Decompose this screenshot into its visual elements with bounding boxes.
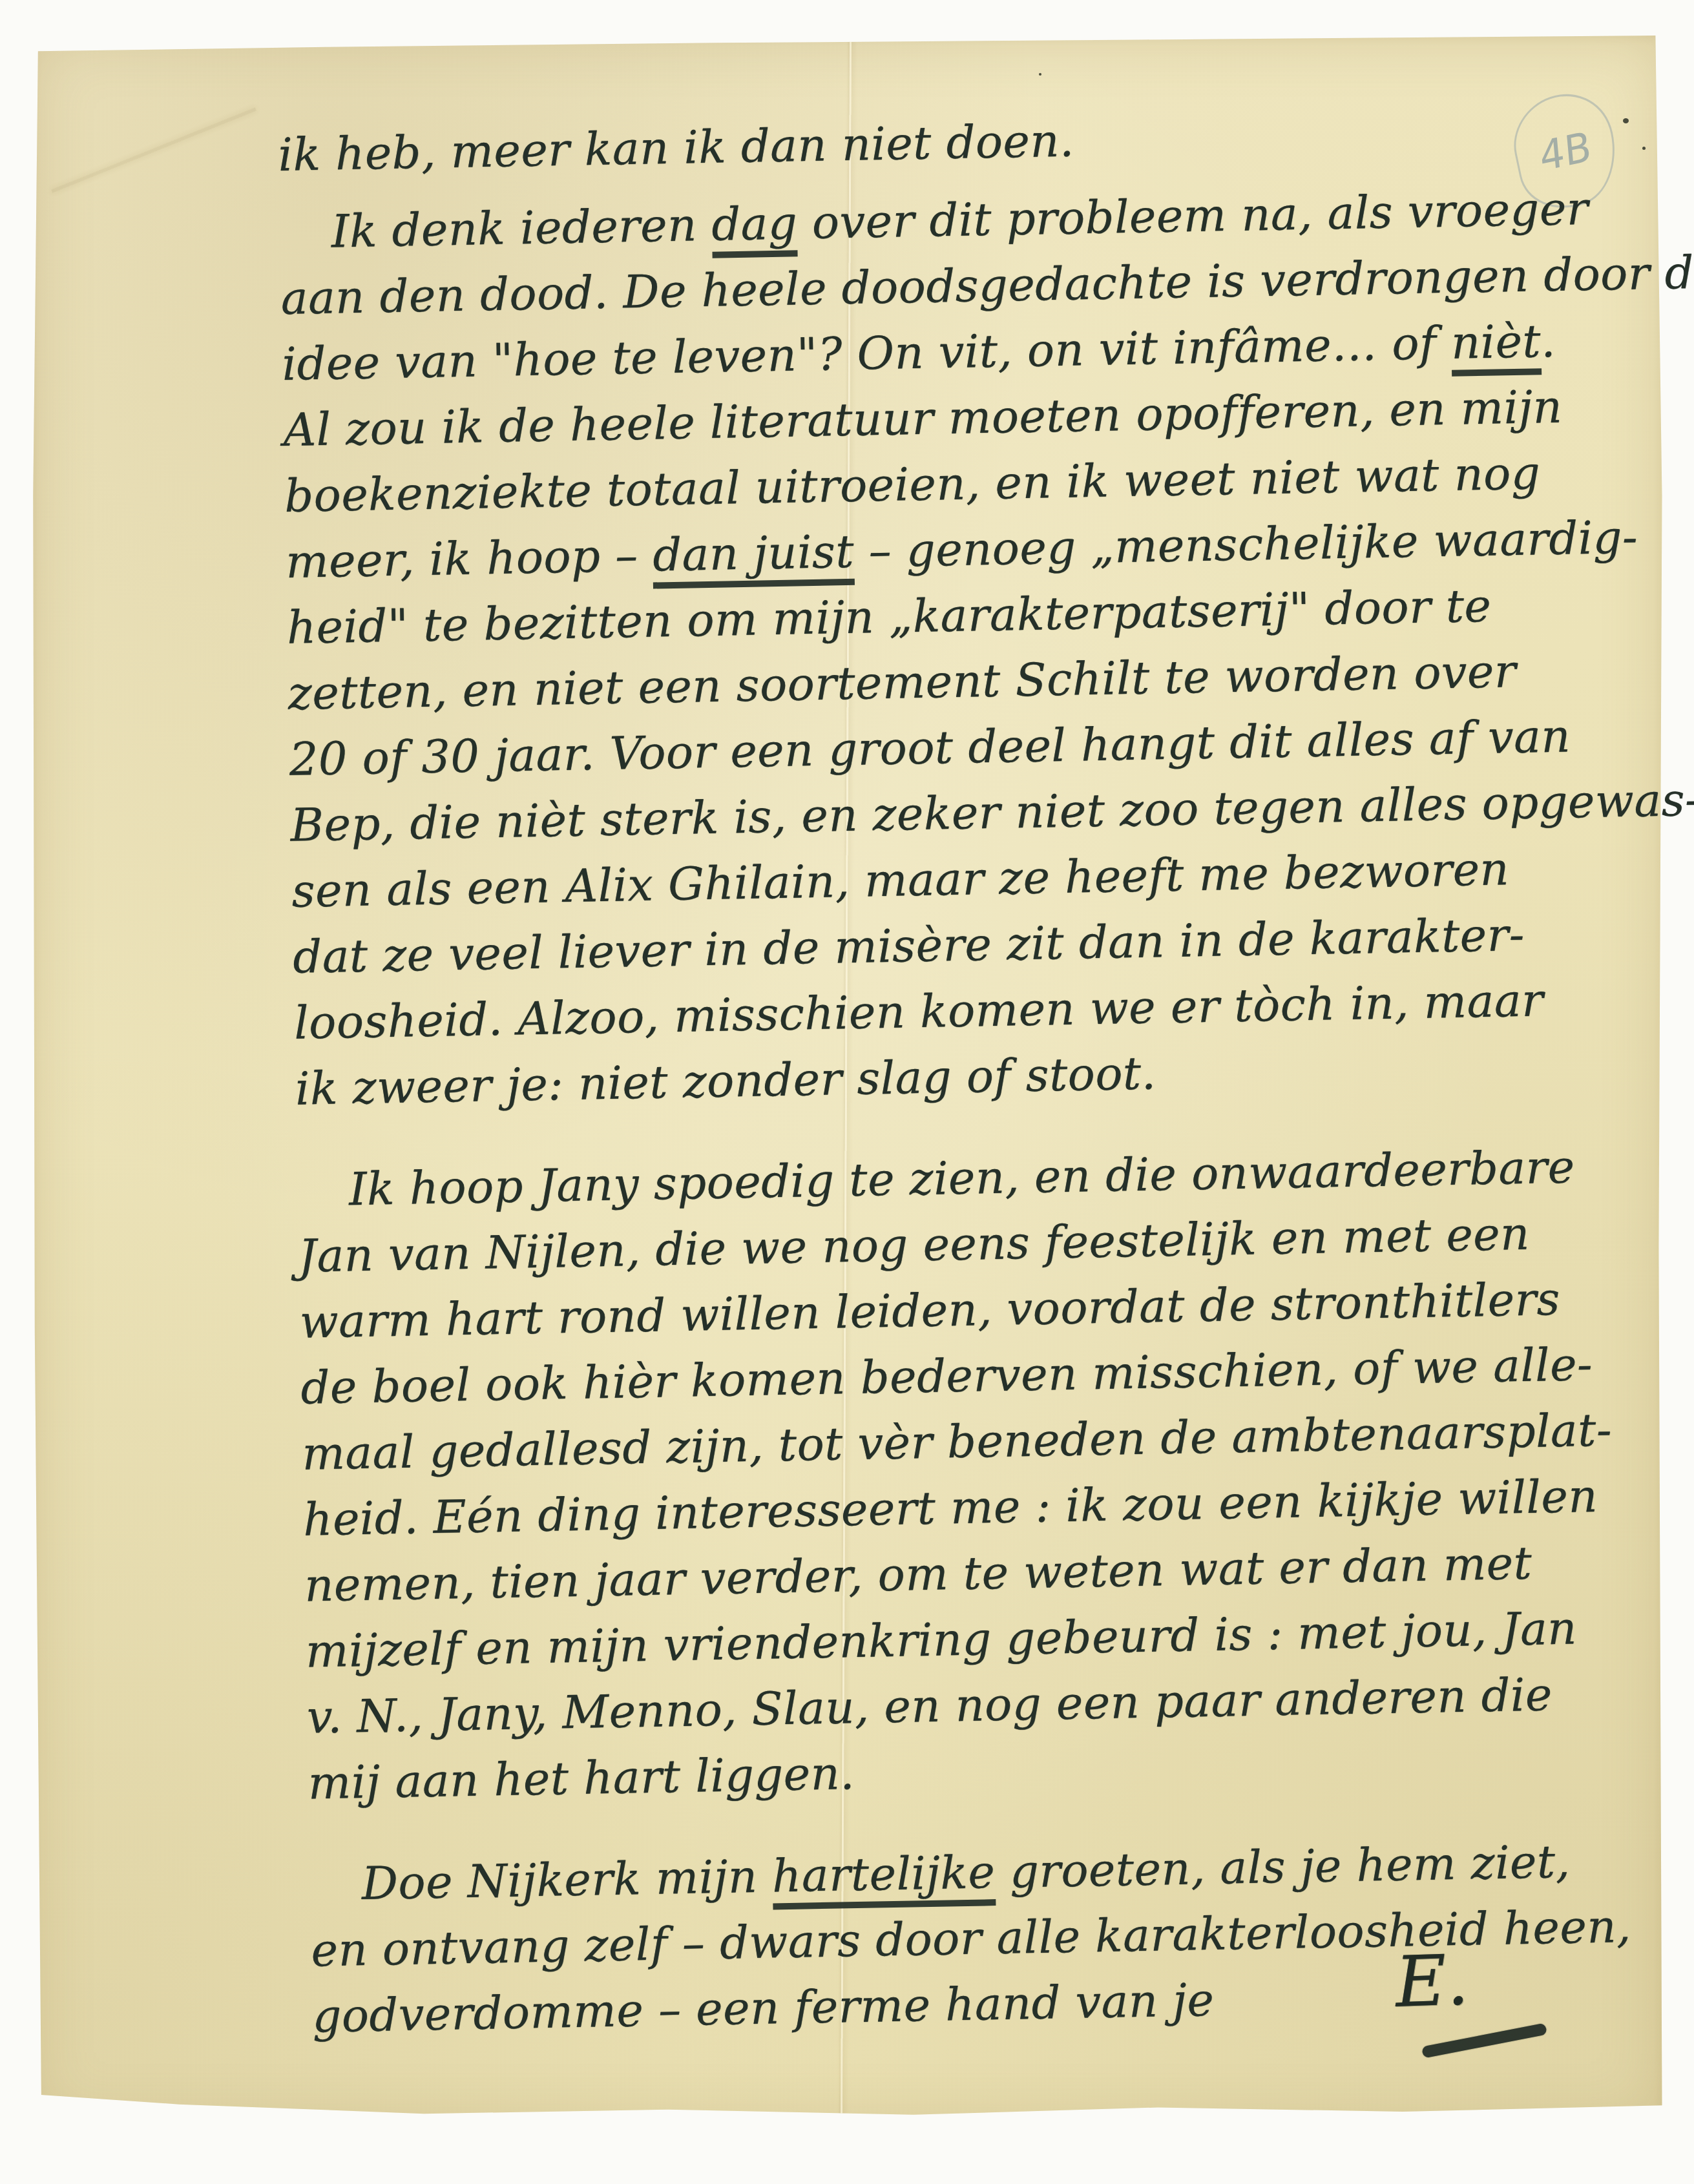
corner-crease (51, 107, 256, 192)
letter-line: warm hart rond willen leiden, voordat de… (299, 1276, 1560, 1345)
letter-line: Ik hoop Jany spoedig te zien, en die onw… (297, 1144, 1575, 1212)
letter-line: dat ze veel liever in de misère zit dan … (293, 912, 1525, 980)
ink-speck (1039, 73, 1041, 76)
letter-line: meer, ik hoop – dan juist – genoeg „mens… (286, 515, 1638, 585)
letter-line: maal gedallesd zijn, tot vèr beneden de … (302, 1408, 1613, 1477)
letter-line: v. N., Jany, Menno, Slau, en nog een paa… (306, 1672, 1553, 1740)
underlined-word: nièt (1450, 315, 1542, 377)
line-text: groeten, als je hem ziet, (995, 1835, 1571, 1898)
letter-line: aan den dood. De heele doodsgedachte is … (280, 249, 1694, 321)
ink-speck (1642, 147, 1646, 150)
letter-line: boekenziekte totaal uitroeien, en ik wee… (284, 450, 1541, 519)
line-text: meer, ik hoop – (285, 528, 653, 588)
letter-line: heid. Eén ding interesseert me : ik zou … (303, 1473, 1598, 1543)
letter-line: idee van "hoe te leven"? On vit, on vit … (282, 318, 1556, 387)
line-text: . (1540, 315, 1556, 368)
line-text: Doe Nijkerk mijn (361, 1849, 773, 1910)
signature: E. (1394, 1940, 1470, 2023)
letter-line: loosheid. Alzoo, misschien komen we er t… (294, 977, 1544, 1045)
line-text: idee van "hoe te leven"? On vit, on vit … (282, 317, 1452, 391)
letter-line: Ik denk iederen dag over dit probleem na… (279, 186, 1589, 255)
letter-line: de boel ook hièr komen bederven misschie… (300, 1342, 1593, 1411)
letter-line: Al zou ik de heele literatuur moeten opo… (283, 384, 1563, 453)
ink-speck (1659, 196, 1663, 200)
letter-line: ik heb, meer kan ik dan niet doen. (278, 118, 1074, 178)
letter-line: ik zweer je: niet zonder slag of stoot. (295, 1050, 1156, 1111)
underlined-word: hartelijke (771, 1846, 996, 1909)
letter-line: 20 of 30 jaar. Voor een groot deel hangt… (289, 713, 1571, 782)
letter-line: heid" te bezitten om mijn „karakterpatse… (286, 583, 1491, 650)
letter-line: zetten, en niet een soortement Schilt te… (288, 649, 1516, 716)
line-text: over dit probleem na, als vroeger (797, 182, 1589, 249)
line-text: Ik denk iederen (331, 198, 712, 258)
scan-background: { "meta": { "document_kind": "handwritte… (0, 0, 1694, 2184)
letter-line: sen als een Alix Ghilain, maar ze heeft … (291, 846, 1510, 914)
letter-line: Doe Nijkerk mijn hartelijke groeten, als… (309, 1839, 1571, 1908)
letter-line: Bep, die nièt sterk is, en zeker niet zo… (290, 777, 1694, 848)
letter-line: nemen, tien jaar verder, om te weten wat… (304, 1541, 1532, 1608)
letter-body: ik heb, meer kan ik dan niet doen.Ik den… (278, 109, 1631, 2070)
ink-speck (1623, 118, 1629, 123)
letter-line: godverdomme – een ferme hand van je (312, 1977, 1215, 2039)
letter-line: Jan van Nijlen, die we nog eens feesteli… (298, 1211, 1530, 1279)
letter-line: mij aan het hart liggen. (308, 1751, 855, 1805)
underlined-word: dag (711, 196, 799, 258)
line-text: – genoeg „menschelijke waardig- (853, 511, 1638, 578)
letter-line: mijzelf en mijn vriendenkring gebeurd is… (305, 1606, 1577, 1674)
underlined-word: dan juist (653, 525, 855, 589)
